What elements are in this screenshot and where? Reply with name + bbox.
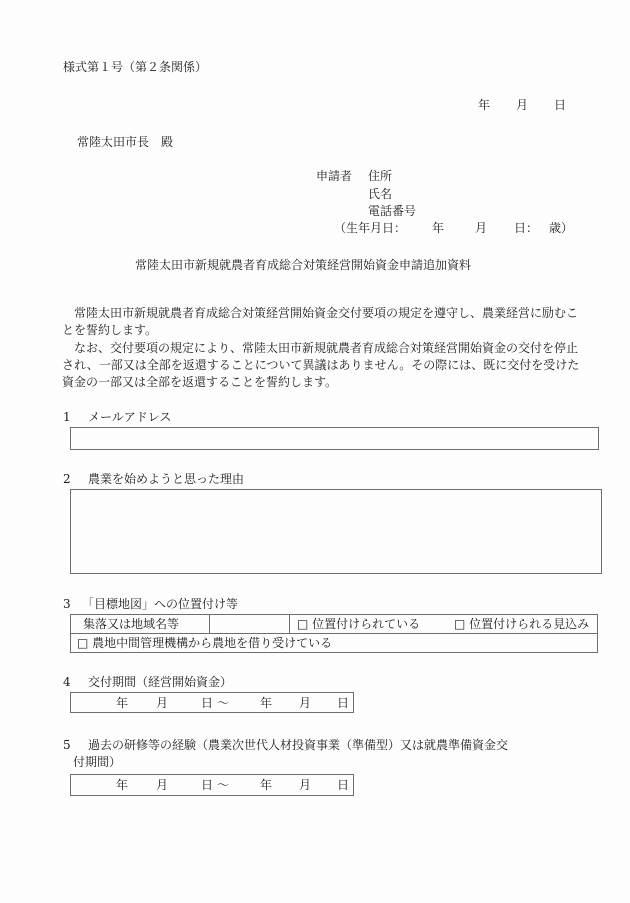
- section-2-label: 農業を始めようと思った理由: [88, 472, 244, 486]
- training-start-day: 日: [201, 778, 213, 792]
- section-5-label-line-1: 過去の研修等の経験（農業次世代人材投資事業（準備型）又は就農準備資金交: [88, 738, 508, 752]
- map-position-row-1: 集落又は地域名等 □ 位置付けられている □ 位置付けられる見込み: [71, 615, 597, 634]
- section-3-label: 「目標地図」への位置付け等: [82, 597, 238, 611]
- birthdate-open: （生年月日：: [334, 221, 406, 235]
- area-name-label: 集落又は地域名等: [71, 615, 210, 633]
- grant-tilde: ～: [217, 696, 229, 710]
- grant-end-month: 月: [299, 696, 311, 710]
- training-start-month: 月: [156, 778, 168, 792]
- training-period-box[interactable]: 年 月 日 ～ 年 月 日: [70, 774, 354, 796]
- email-field[interactable]: [71, 428, 598, 449]
- date-day-label: 日: [554, 98, 566, 112]
- applicant-label: 申請者: [316, 169, 352, 183]
- date-year-label: 年: [478, 98, 490, 112]
- section-3-number: 3: [63, 597, 71, 611]
- reason-box: [70, 489, 602, 574]
- birth-month-label: 月: [475, 221, 487, 235]
- section-5-number: 5: [63, 738, 71, 752]
- reason-textarea[interactable]: [71, 490, 601, 573]
- document-title: 常陸太田市新規就農者育成総合対策経営開始資金申請追加資料: [135, 258, 471, 272]
- training-start-year: 年: [116, 778, 128, 792]
- address-label: 住所: [368, 169, 392, 183]
- birth-day-label: 日：: [514, 221, 538, 235]
- training-end-day: 日: [337, 778, 349, 792]
- form-number: 様式第１号（第２条関係）: [63, 60, 207, 74]
- section-4-label: 交付期間（経営開始資金）: [88, 675, 232, 689]
- date-month-label: 月: [516, 98, 528, 112]
- pledge-text: 常陸太田市新規就農者育成総合対策経営開始資金交付要項の規定を遵守し、農業経営に励…: [62, 305, 582, 391]
- training-tilde: ～: [217, 778, 229, 792]
- pledge-paragraph-1: 常陸太田市新規就農者育成総合対策経営開始資金交付要項の規定を遵守し、農業経営に励…: [62, 305, 582, 340]
- grant-end-year: 年: [260, 696, 272, 710]
- birth-year-label: 年: [432, 221, 444, 235]
- section-5-label-line-2: 付期間）: [73, 755, 121, 769]
- grant-start-month: 月: [156, 696, 168, 710]
- option-expected[interactable]: □ 位置付けられる見込み: [454, 615, 589, 633]
- option-leasing[interactable]: □ 農地中間管理機構から農地を借り受けている: [71, 634, 597, 652]
- training-end-month: 月: [299, 778, 311, 792]
- section-1-label: メールアドレス: [88, 410, 171, 424]
- grant-start-day: 日: [201, 696, 213, 710]
- grant-end-day: 日: [337, 696, 349, 710]
- area-name-input[interactable]: [210, 615, 289, 633]
- pledge-paragraph-2: なお、交付要項の規定により、常陸太田市新規就農者育成総合対策経営開始資金の交付を…: [62, 340, 582, 392]
- training-end-year: 年: [260, 778, 272, 792]
- section-4-number: 4: [63, 675, 71, 689]
- name-label: 氏名: [368, 187, 392, 201]
- addressee: 常陸太田市長 殿: [77, 135, 173, 149]
- map-position-table: 集落又は地域名等 □ 位置付けられている □ 位置付けられる見込み □ 農地中間…: [70, 614, 598, 653]
- age-label: 歳）: [549, 221, 573, 235]
- grant-start-year: 年: [116, 696, 128, 710]
- email-box: [70, 427, 599, 450]
- section-1-number: 1: [63, 410, 71, 424]
- option-positioned[interactable]: □ 位置付けられている: [297, 615, 420, 633]
- area-name-cell[interactable]: [210, 615, 290, 633]
- grant-period-box[interactable]: 年 月 日 ～ 年 月 日: [70, 692, 354, 713]
- phone-label: 電話番号: [368, 204, 416, 218]
- section-2-number: 2: [63, 472, 71, 486]
